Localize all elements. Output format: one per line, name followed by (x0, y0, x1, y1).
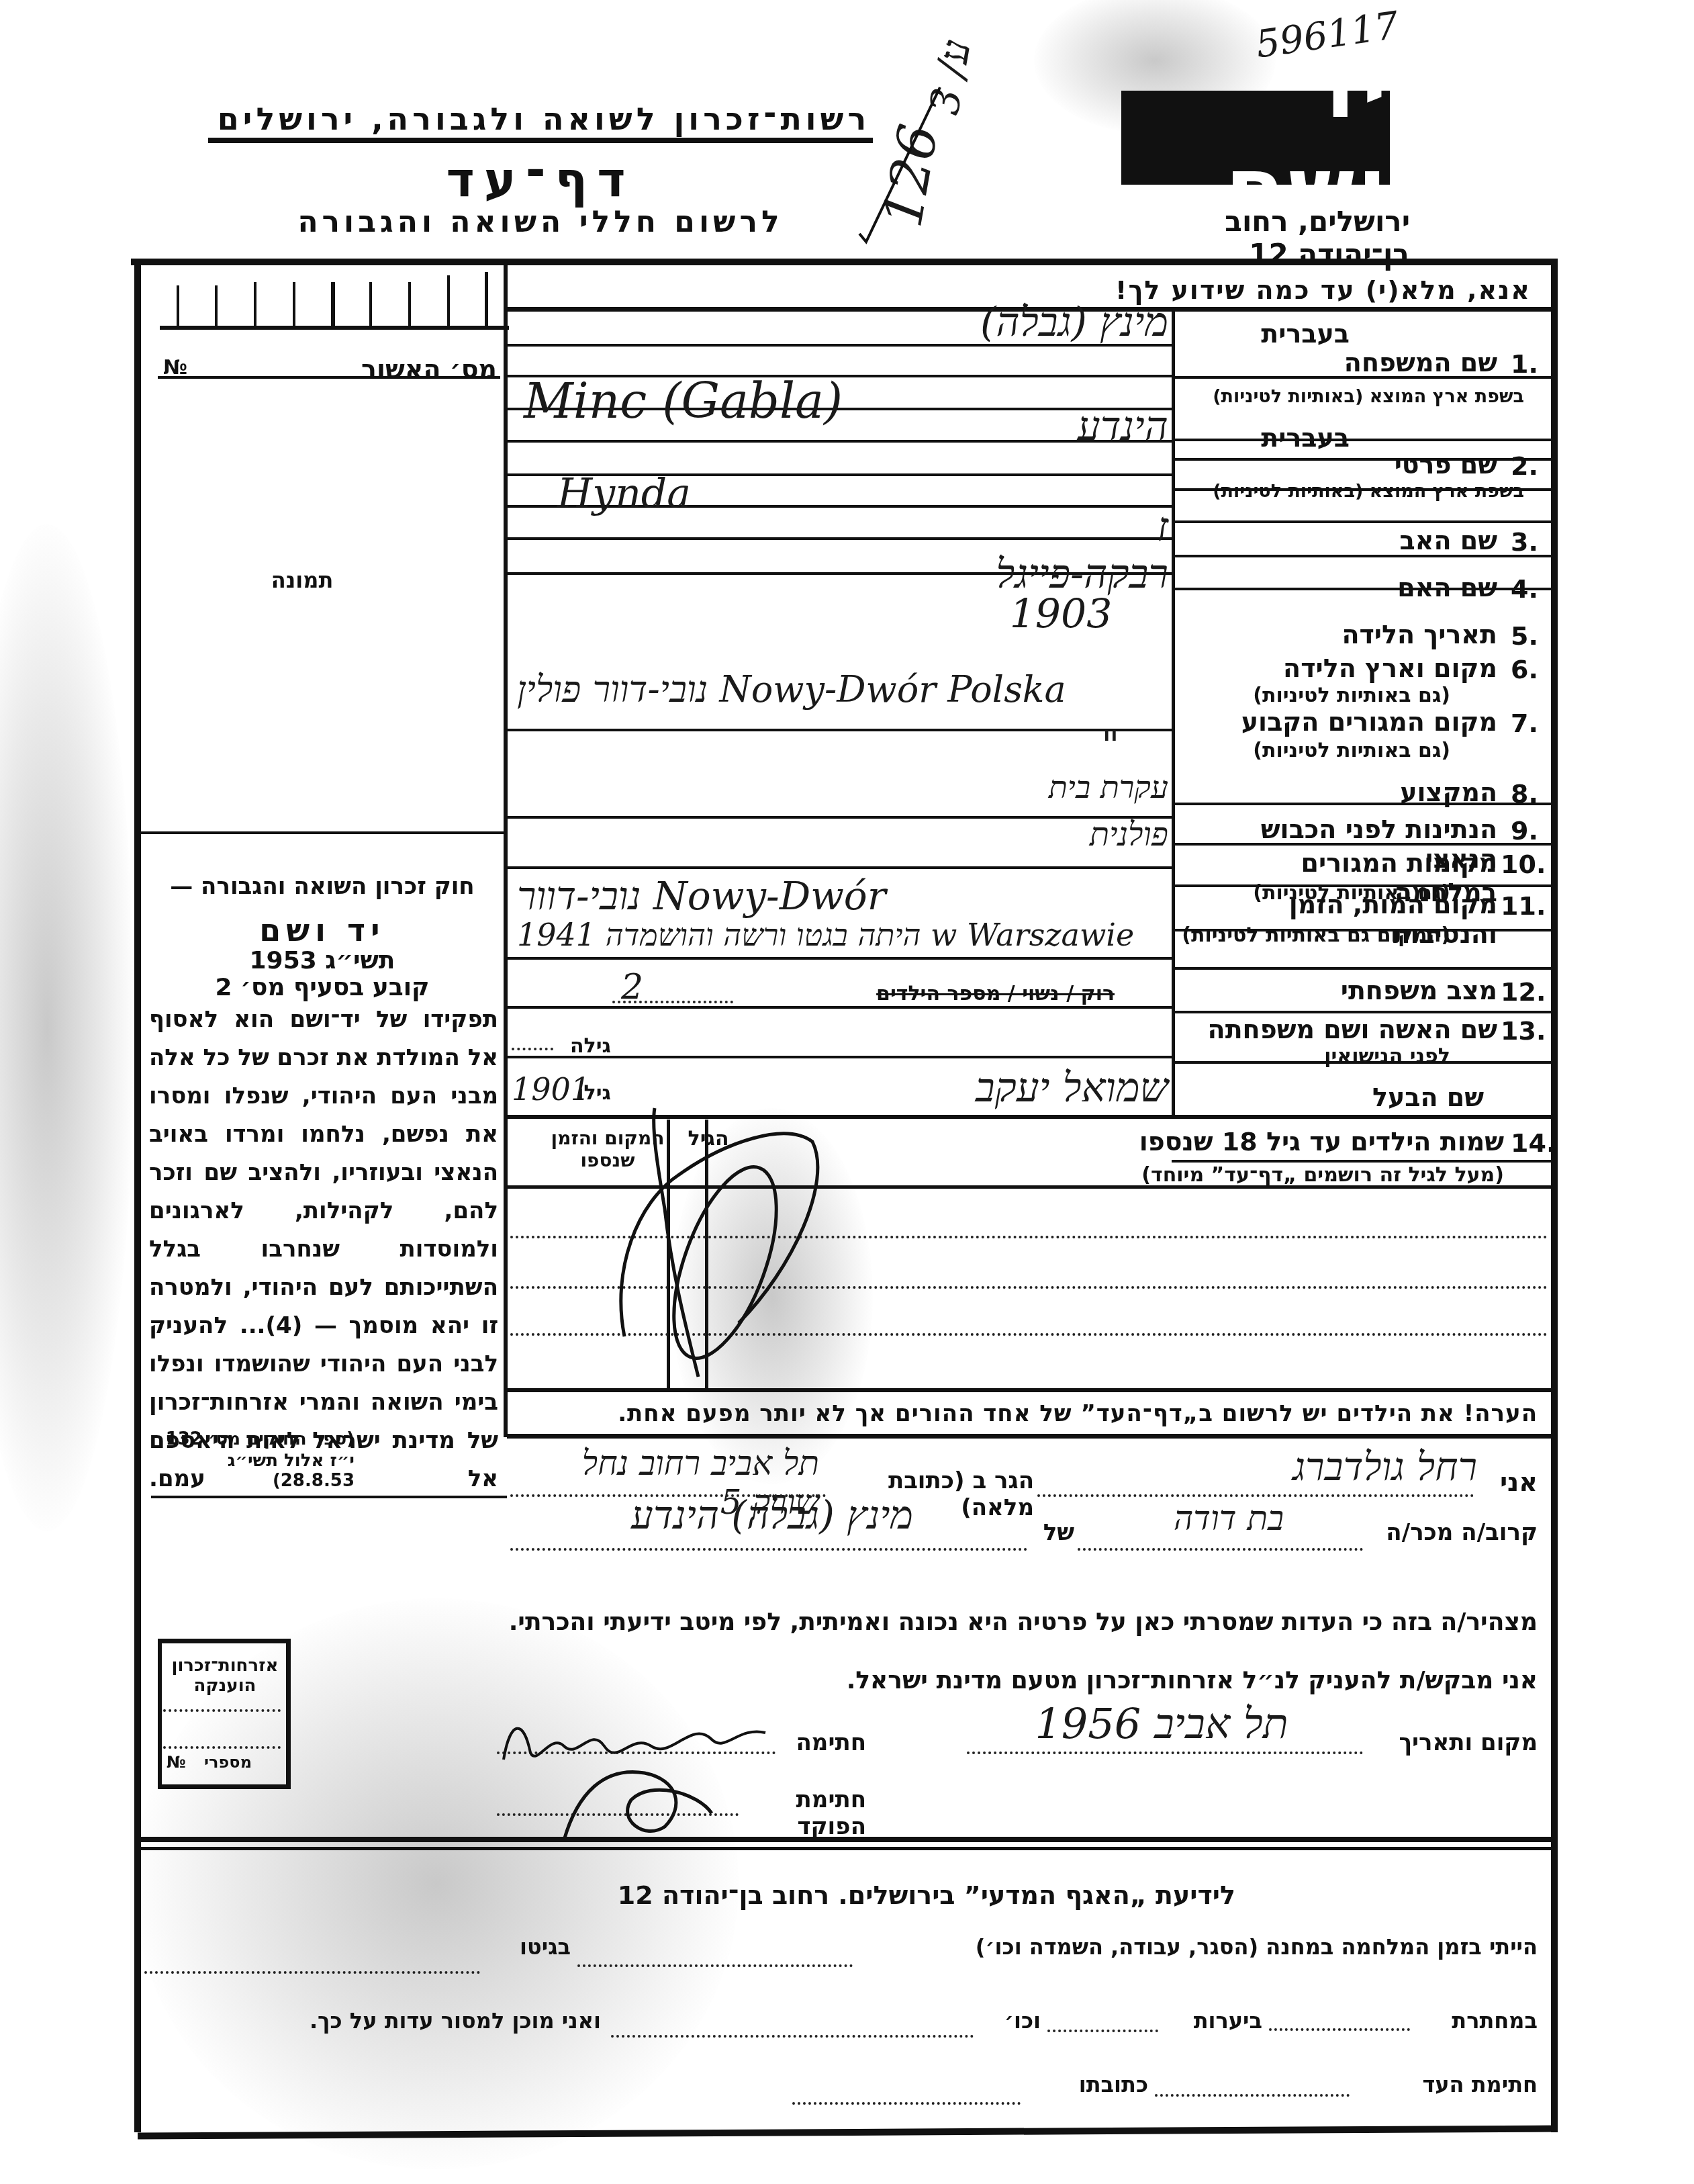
footer-address-field[interactable] (792, 2102, 1021, 2105)
hebrew-tag: בעברית (1202, 319, 1350, 349)
law-year: תשי״ג 1953 (154, 947, 490, 974)
field-number: 14. (1511, 1128, 1556, 1158)
law-name: יד ושם (154, 912, 490, 948)
field-label: שם המשפחה (1262, 348, 1497, 377)
citizenship-box-line-2[interactable] (163, 1746, 281, 1749)
footer-witness-signature-field[interactable] (1155, 2094, 1350, 2097)
field-number: 6. (1511, 655, 1538, 684)
field-sublabel: (המקום גם באותיות לטיניות) (1182, 923, 1450, 947)
field-sublabel: בשפת ארץ המוצא (באותיות לטיניות) (1175, 386, 1524, 407)
left-column-divider (504, 259, 508, 1437)
death-place-input[interactable]: היתה בגטו ורשה והושמדה 1941 w Warszawie (517, 917, 1168, 953)
footer-witness-signature-label: חתימת העד (1356, 2072, 1538, 2097)
frame-left (134, 259, 141, 2038)
form-subtitle: לרשום חללי השואה והגבורה (208, 205, 873, 239)
field-number: 13. (1501, 1016, 1546, 1046)
field-label: מקום וארץ הלידה (1195, 653, 1497, 683)
footer-forests-field[interactable] (1047, 2030, 1158, 2032)
marital-status-options[interactable]: רוק / נשוי / מספר הילדים (739, 982, 1115, 1005)
field-number: 9. (1511, 816, 1538, 846)
frame-right-lower (1551, 2035, 1558, 2132)
field-label: שם פרטי (1262, 450, 1497, 480)
children-count-field (612, 1001, 733, 1003)
request-text: אני מבקש/ת להעניק לנ״ל אזרחות־זכרון מטעם… (739, 1667, 1538, 1694)
field-label: שם האם (1262, 573, 1497, 602)
declarant-relation-input[interactable]: בת דודה (1101, 1499, 1356, 1538)
field-number: 7. (1511, 709, 1538, 738)
footer-heading: לידיעת „האגף המדעי” בירושלים. רחוב בן־יה… (564, 1880, 1235, 1910)
remark-text: הערה! את הילדים יש לרשום ב„דף־העד” של אח… (510, 1400, 1538, 1427)
footer-line1-text: הייתי בזמן המלחמה במחנה (הסגר, עבודה, הש… (859, 1934, 1538, 1960)
husband-age-input[interactable]: 1901 (512, 1071, 565, 1107)
occupation-input[interactable]: עקרת בית (927, 769, 1168, 805)
field-sublabel: (גם באותיות לטיניות) (1182, 684, 1450, 707)
declarant-relation-field (1078, 1548, 1363, 1551)
field-number: 11. (1501, 891, 1546, 921)
declarant-of-input[interactable]: מינץ (גבלה) הינדע (524, 1492, 1021, 1538)
footer-etc-field[interactable] (611, 2035, 974, 2038)
field-number: 10. (1501, 850, 1546, 879)
declaration-text: מצהיר/ה בזה כי העדות שמסרתי כאן על פרטיה… (490, 1608, 1538, 1636)
field-sublabel: (גם באותיות לטיניות) (1182, 739, 1450, 762)
wartime-residence-input[interactable]: נובי-דוור Nowy-Dwór (517, 873, 1168, 919)
label-column-divider (1172, 309, 1175, 1115)
field-number: 1. (1511, 349, 1538, 379)
field-label: שם האב (1262, 526, 1497, 555)
birth-place-input[interactable]: נובי-דוור פולין Nowy-Dwór Polska (517, 668, 1168, 711)
photo-area[interactable] (144, 390, 500, 829)
frame-left-lower (134, 2035, 141, 2132)
permanent-residence-input[interactable]: " (1101, 722, 1168, 769)
footer-top-rule-inner (141, 1847, 1551, 1850)
birth-date-input[interactable]: 1903 (960, 591, 1162, 638)
field-label: המקצוע (1262, 778, 1497, 807)
wife-age-label: גילה (557, 1034, 611, 1058)
law-heading: חוק זכרון השואה והגבורה — (154, 873, 490, 900)
field-label: תאריך הלידה (1262, 620, 1497, 649)
approval-bottom (158, 376, 500, 379)
nationality-input[interactable]: פולנית (967, 816, 1168, 854)
remark-rule (507, 1434, 1551, 1439)
approval-tick-baseline (160, 326, 509, 330)
law-source-line1: (ספר החוקים מס׳ 132 (153, 1429, 355, 1449)
officer-signature (551, 1753, 725, 1847)
field-sublabel: לפני הנישואין (1182, 1044, 1450, 1068)
field-label: שם האשה ושם משפחתה (1195, 1015, 1497, 1044)
footer-ghetto-field[interactable] (144, 1971, 480, 1974)
field-number: 4. (1511, 574, 1538, 604)
declarant-name-input[interactable]: רחל גולדברג (1135, 1444, 1477, 1490)
law-clause: קובע בסעיף מס׳ 2 (154, 974, 490, 1001)
first-name-latin-input[interactable]: Hynda (557, 470, 826, 517)
yad-vashem-logo: יד ושם (1121, 91, 1390, 185)
field-number: 3. (1511, 527, 1538, 557)
wife-age-field[interactable] (512, 1048, 553, 1050)
law-box-bottom-rule (151, 1496, 507, 1498)
children-bottom-rule (507, 1388, 1551, 1392)
officer-signature-label: חתימת הפוקד (745, 1786, 866, 1840)
field-sublabel: בשפת ארץ המוצא (באותיות לטיניות) (1175, 481, 1524, 502)
declarant-relation-label-text: קרוב/ה מכר/ה (1376, 1519, 1538, 1546)
signature-label: חתימה (779, 1729, 866, 1756)
field-number: 2. (1511, 451, 1538, 481)
footer-testimony-text: ואני מוכן למסור עדות על כך. (144, 2008, 601, 2034)
field-number: 5. (1511, 621, 1538, 651)
declarant-of-label: של (1034, 1519, 1074, 1546)
field-number: 12. (1501, 977, 1546, 1007)
declarant-of-field (510, 1548, 1027, 1551)
law-box-top-rule (141, 831, 507, 834)
footer-top-rule (141, 1837, 1558, 1842)
frame-top (131, 259, 1558, 265)
first-name-hebrew-input[interactable]: הינדע (940, 403, 1168, 450)
footer-etc-label: וכו׳ (980, 2008, 1041, 2034)
citizenship-box-line-1[interactable] (163, 1709, 281, 1712)
place-date-label: מקום ותאריך (1370, 1729, 1538, 1756)
place-date-field (967, 1751, 1363, 1754)
citizenship-box-title: אזרחות־זכרון הוענקה (168, 1655, 282, 1696)
children-sublabel: (מעל לגיל זה רושמים „דף־עד” מיוחד) (1141, 1163, 1504, 1187)
law-source-line2: י״ז אלול תשי״ג 28.8.53) (153, 1451, 355, 1491)
handwritten-crossout-mark (571, 1101, 839, 1383)
field-label: שם הבעל (1262, 1083, 1484, 1112)
family-name-latin-input[interactable]: Minc (Gabla) (524, 373, 927, 429)
footer-forests-label: ביערות (1162, 2008, 1262, 2034)
field-label: מצב משפחתי (1262, 976, 1497, 1005)
law-body-text: תפקידו של יד־ושם הוא לאסוף אל המולדת את … (149, 1001, 498, 1498)
citizenship-number-label: מספרי (185, 1753, 252, 1772)
citizenship-number-sign: № (167, 1753, 186, 1772)
declarant-name-field (1037, 1494, 1474, 1497)
org-line: רשות־זכרון לשואה ולגבורה, ירושלים (215, 101, 873, 137)
form-title: דף־עד (208, 151, 873, 208)
footer-address-label: כתובתו (1027, 2072, 1148, 2097)
footer-underground-field[interactable] (1269, 2028, 1410, 2031)
footer-underground-label: במחתרת (1417, 2008, 1538, 2034)
declarant-ani-label: אני (1491, 1467, 1538, 1497)
field-label: מקום המגורים הקבוע (1195, 707, 1497, 737)
place-date-input[interactable]: תל אביב 1956 (967, 1699, 1356, 1749)
footer-camp-field[interactable] (577, 1964, 853, 1967)
hebrew-tag: בעברית (1202, 423, 1350, 453)
scan-smudge (0, 524, 134, 1531)
footer-ghetto-label: בגיטו (483, 1934, 571, 1960)
approval-number-label: מס׳ האשור (356, 355, 497, 384)
family-name-hebrew-input[interactable]: מינץ (גבלה) (859, 299, 1168, 346)
header-rule (208, 138, 873, 143)
field-number: 8. (1511, 779, 1538, 809)
father-name-input[interactable]: ז (940, 504, 1168, 551)
husband-name-input[interactable]: שמואל יעקב (806, 1064, 1168, 1111)
